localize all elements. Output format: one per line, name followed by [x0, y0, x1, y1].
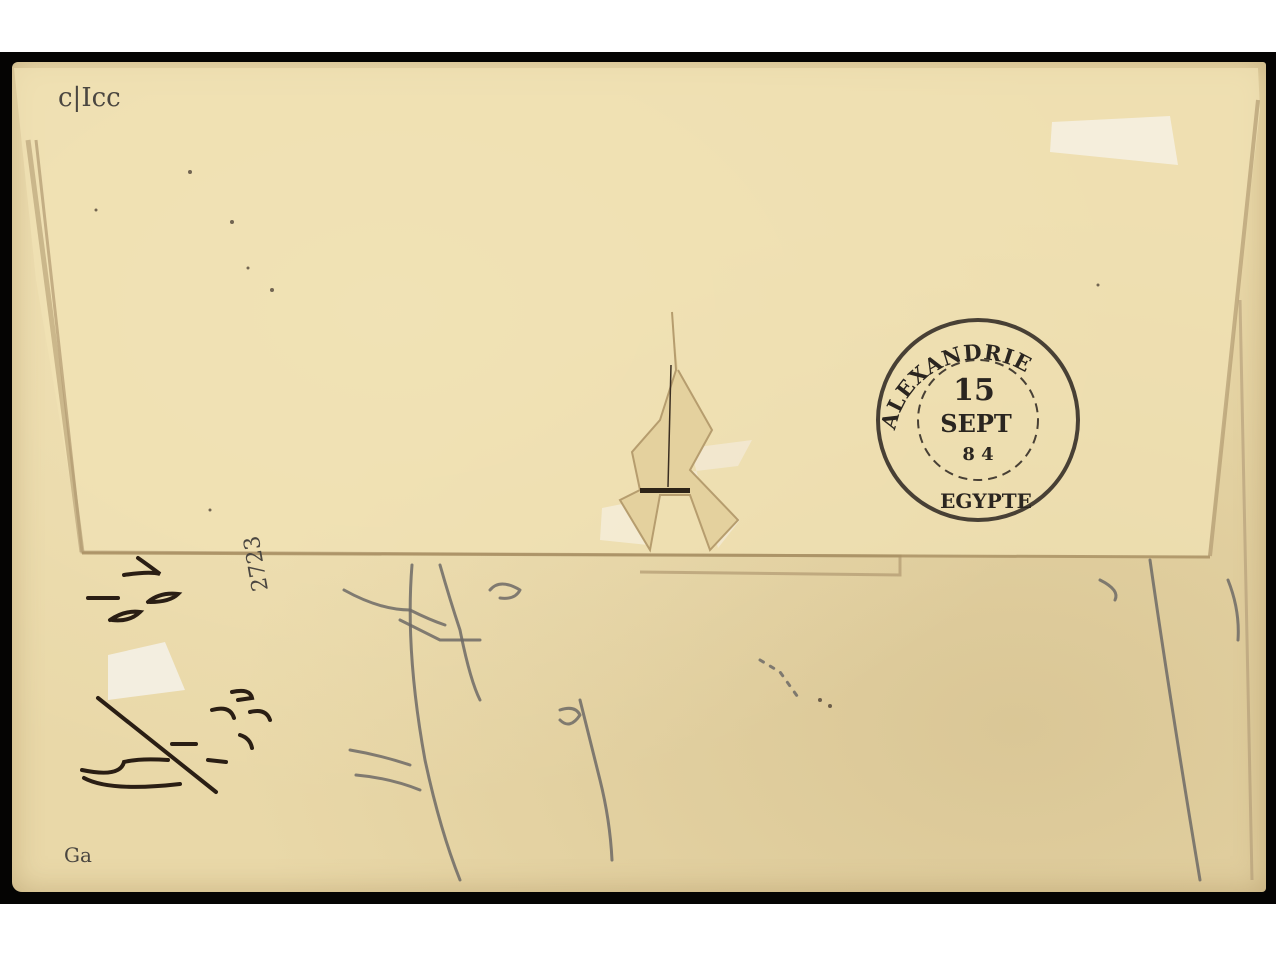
envelope-details: ALEXANDRIE 15 SEPT 8 4 EGYPTE c|Icc 1888… [0, 0, 1276, 956]
seal-tear-bar [640, 488, 690, 493]
pencil-scribbles [344, 560, 1238, 880]
postmark-month: SEPT [940, 409, 1012, 438]
postmark-year: 8 4 [962, 444, 993, 465]
pencil-note-top-left: c|Icc [58, 83, 121, 113]
right-fold-line [1240, 300, 1252, 880]
postmark-day: 15 [953, 373, 995, 408]
hinge-remnant-left [108, 642, 185, 700]
pencil-mark-bottom-left: Ga [64, 843, 92, 867]
postmark-bottom-text: EGYPTE [940, 489, 1032, 513]
